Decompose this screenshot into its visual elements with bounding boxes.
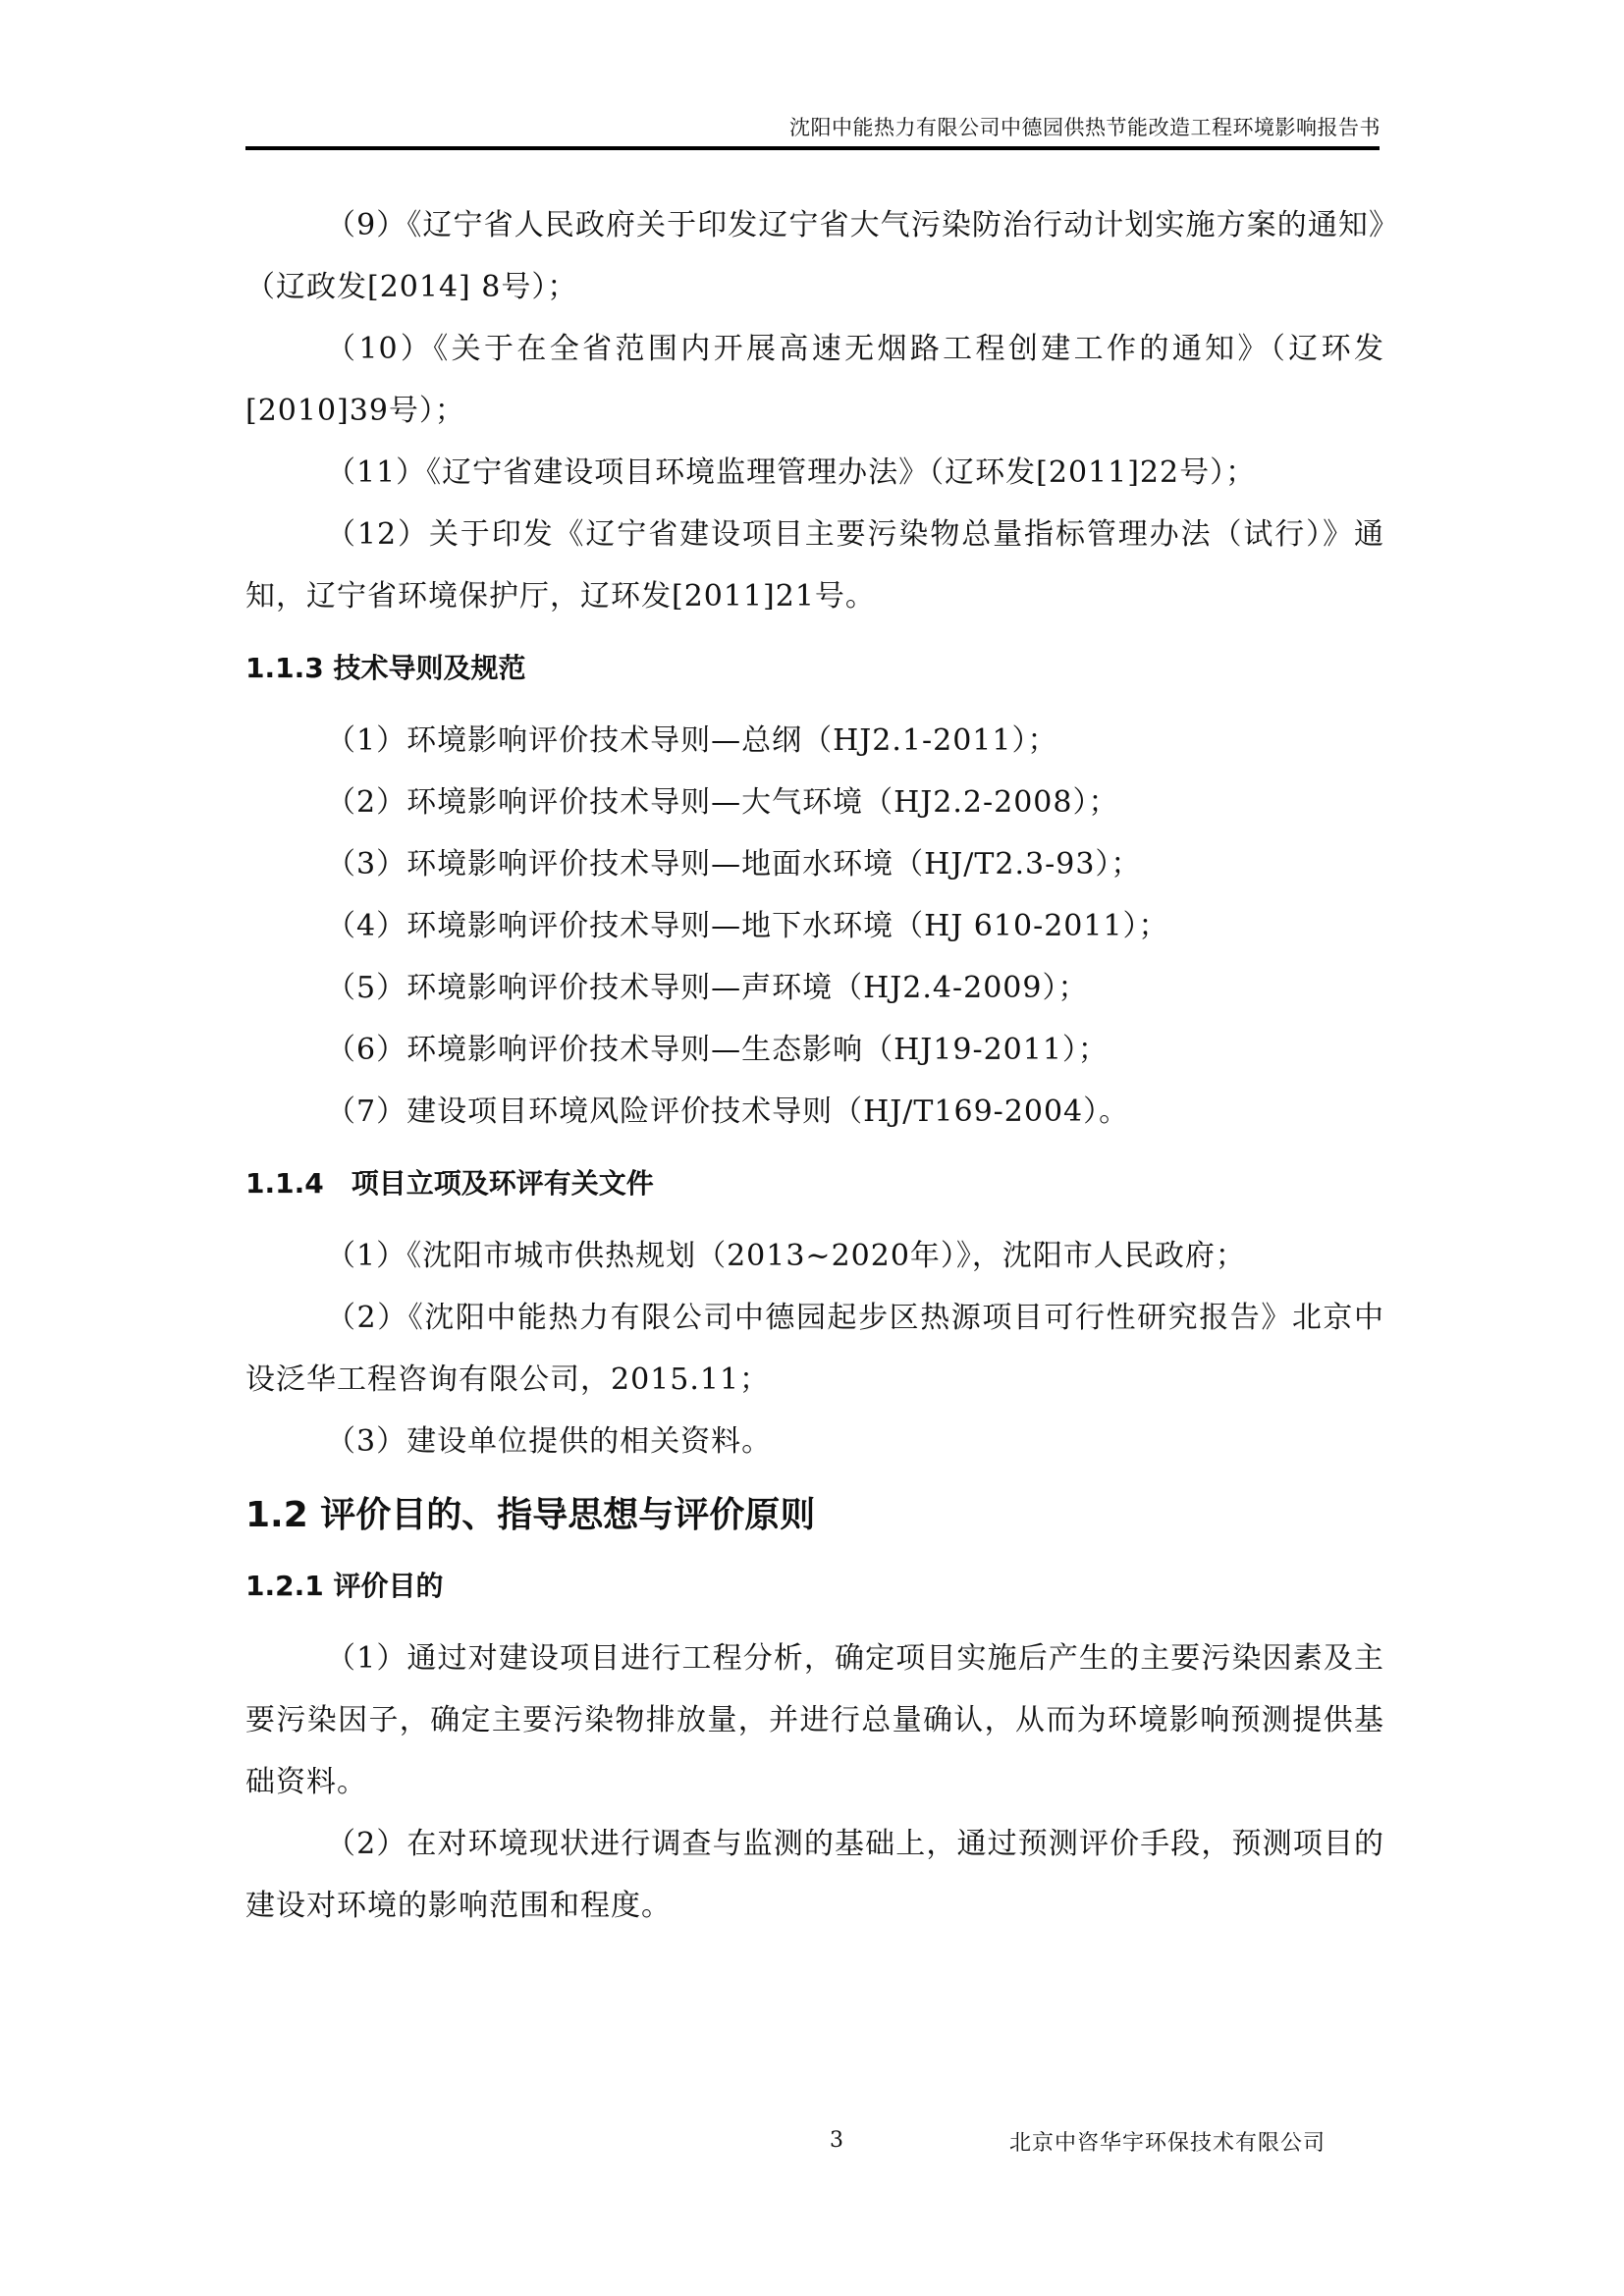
list-item: （2）环境影响评价技术导则—大气环境（HJ2.2-2008）； [245,772,1384,833]
list-item: （12）关于印发《辽宁省建设项目主要污染物总量指标管理办法（试行）》通知，辽宁省… [245,504,1384,627]
list-item: （4）环境影响评价技术导则—地下水环境（HJ 610-2011）； [245,895,1384,957]
list-item: （1）《沈阳市城市供热规划（2013~2020年）》，沈阳市人民政府； [245,1225,1384,1287]
list-item: （11）《辽宁省建设项目环境监理管理办法》（辽环发[2011]22号）； [245,442,1384,504]
header-rule [245,146,1380,150]
footer-company: 北京中咨华宇环保技术有限公司 [1009,2126,1326,2157]
list-item: （3）环境影响评价技术导则—地面水环境（HJ/T2.3-93）； [245,833,1384,895]
list-item: （6）环境影响评价技术导则—生态影响（HJ19-2011）； [245,1019,1384,1081]
list-item: （2）《沈阳中能热力有限公司中德园起步区热源项目可行性研究报告》北京中设泛华工程… [245,1287,1384,1411]
running-header-title: 沈阳中能热力有限公司中德园供热节能改造工程环境影响报告书 [245,112,1380,141]
section-heading-1-1-4: 1.1.4 项目立项及环评有关文件 [245,1164,1384,1203]
list-item: （7）建设项目环境风险评价技术导则（HJ/T169-2004）。 [245,1081,1384,1143]
page-number: 3 [830,2128,843,2153]
list-item: （1）通过对建设项目进行工程分析，确定项目实施后产生的主要污染因素及主要污染因子… [245,1628,1384,1813]
list-item: （9）《辽宁省人民政府关于印发辽宁省大气污染防治行动计划实施方案的通知》（辽政发… [245,194,1384,318]
list-item: （5）环境影响评价技术导则—声环境（HJ2.4-2009）； [245,957,1384,1019]
section-heading-1-2: 1.2 评价目的、指导思想与评价原则 [245,1492,1384,1539]
list-item: （3）建设单位提供的相关资料。 [245,1411,1384,1472]
list-item: （1）环境影响评价技术导则—总纲（HJ2.1-2011）； [245,710,1384,772]
section-heading-1-2-1: 1.2.1 评价目的 [245,1567,1384,1606]
list-item: （2）在对环境现状进行调查与监测的基础上，通过预测评价手段，预测项目的建设对环境… [245,1813,1384,1937]
section-heading-1-1-3: 1.1.3 技术导则及规范 [245,649,1384,688]
list-item: （10）《关于在全省范围内开展高速无烟路工程创建工作的通知》（辽环发[2010]… [245,318,1384,442]
page-body: （9）《辽宁省人民政府关于印发辽宁省大气污染防治行动计划实施方案的通知》（辽政发… [245,194,1384,1937]
